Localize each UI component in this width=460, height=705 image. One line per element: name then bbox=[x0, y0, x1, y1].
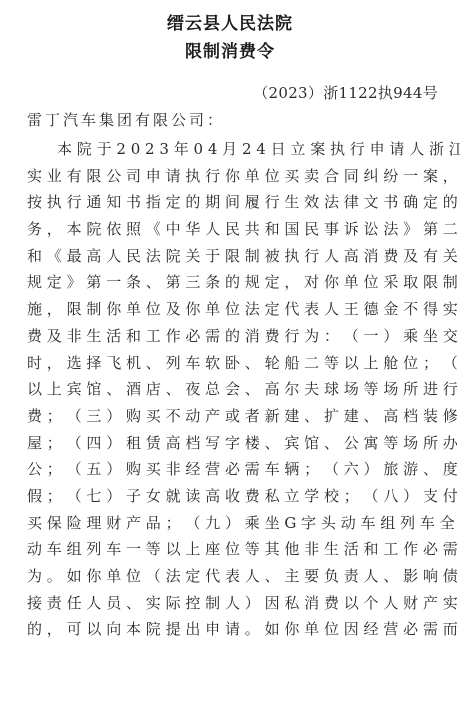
body-line: 屋 ； （ 四 ） 租 赁 高 档 写 字 楼 、 宾 馆 、 公 寓 等 场 … bbox=[27, 430, 438, 457]
body-line: 假 ； （ 七 ） 子 女 就 读 高 收 费 私 立 学 校 ； （ 八 ） … bbox=[27, 483, 438, 510]
addressee: 雷丁汽车集团有限公司： bbox=[27, 109, 225, 130]
body-line: 的 ， 可 以 向 本 院 提 出 申 请 。 如 你 单 位 因 经 营 必 … bbox=[27, 616, 438, 643]
body-line: 动 车 组 列 车 一 等 以 上 座 位 等 其 他 非 生 活 和 工 作 … bbox=[27, 536, 438, 563]
body-line: 本 院 于 2 0 2 3 年 0 4 月 2 4 日 立 案 执 行 申 请 … bbox=[27, 136, 438, 163]
body-line: 规 定 》 第 一 条 、 第 三 条 的 规 定 ， 对 你 单 位 采 取 … bbox=[27, 269, 438, 296]
court-name: 缙云县人民法院 bbox=[0, 9, 460, 34]
body-text: 本 院 于 2 0 2 3 年 0 4 月 2 4 日 立 案 执 行 申 请 … bbox=[27, 136, 438, 643]
body-line: 接 责 任 人 员 、 实 际 控 制 人 ） 因 私 消 费 以 个 人 财 … bbox=[27, 590, 438, 617]
document-page: 缙云县人民法院 限制消费令 （2023）浙1122执944号 雷丁汽车集团有限公… bbox=[0, 0, 460, 705]
document-title: 限制消费令 bbox=[0, 37, 460, 62]
body-line: 和 《 最 高 人 民 法 院 关 于 限 制 被 执 行 人 高 消 费 及 … bbox=[27, 243, 438, 270]
body-line: 公 ； （ 五 ） 购 买 非 经 营 必 需 车 辆 ； （ 六 ） 旅 游 … bbox=[27, 456, 438, 483]
body-line: 实 业 有 限 公 司 申 请 执 行 你 单 位 买 卖 合 同 纠 纷 一 … bbox=[27, 163, 438, 190]
body-line: 务 ， 本 院 依 照 《 中 华 人 民 共 和 国 民 事 诉 讼 法 》 … bbox=[27, 216, 438, 243]
body-line: 时 ， 选 择 飞 机 、 列 车 软 卧 、 轮 船 二 等 以 上 舱 位 … bbox=[27, 350, 438, 377]
case-number: （2023）浙1122执944号 bbox=[253, 82, 438, 103]
body-line: 以 上 宾 馆 、 酒 店 、 夜 总 会 、 高 尔 夫 球 场 等 场 所 … bbox=[27, 376, 438, 403]
body-line: 按 执 行 通 知 书 指 定 的 期 间 履 行 生 效 法 律 文 书 确 … bbox=[27, 189, 438, 216]
body-line: 买 保 险 理 财 产 品 ； （ 九 ） 乘 坐 G 字 头 动 车 组 列 … bbox=[27, 510, 438, 537]
body-line: 为 。 如 你 单 位 （ 法 定 代 表 人 、 主 要 负 责 人 、 影 … bbox=[27, 563, 438, 590]
body-line: 施 ， 限 制 你 单 位 及 你 单 位 法 定 代 表 人 王 德 金 不 … bbox=[27, 296, 438, 323]
body-line: 费 及 非 生 活 和 工 作 必 需 的 消 费 行 为 ： （ 一 ） 乘 … bbox=[27, 323, 438, 350]
body-line: 费 ； （ 三 ） 购 买 不 动 产 或 者 新 建 、 扩 建 、 高 档 … bbox=[27, 403, 438, 430]
